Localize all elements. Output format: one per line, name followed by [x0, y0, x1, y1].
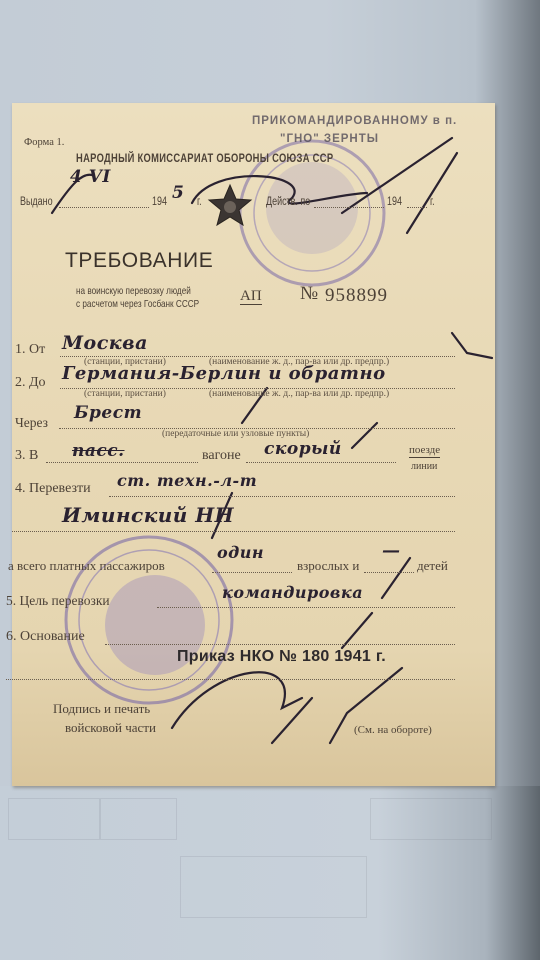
issuer-heading: НАРОДНЫЙ КОМИССАРИАТ ОБОРОНЫ СОЮЗА ССР: [76, 151, 333, 165]
valid-year-prefix: 194: [387, 196, 402, 208]
basis-label: 6. Основание: [6, 629, 85, 645]
adults-line: [212, 572, 292, 573]
reverse-note: (См. на обороте): [354, 724, 432, 736]
valid-until-line: [314, 207, 384, 208]
issued-year-prefix: 194: [152, 196, 167, 208]
issued-label: Выдано: [20, 196, 53, 208]
signature-label-line2: войсковой части: [65, 720, 156, 736]
train-label: поезде: [409, 444, 440, 458]
children-label: детей: [417, 558, 448, 574]
top-stamp-line1: ПРИКОМАНДИРОВАННОМУ в п.: [252, 115, 457, 127]
total-passengers-label: а всего платных пассажиров: [8, 558, 165, 574]
children-line: [364, 572, 414, 573]
car-class-label: 3. В: [15, 448, 38, 464]
adults-value: один: [217, 543, 264, 562]
subtitle-line2: с расчетом через Госбанк СССР: [76, 298, 199, 310]
basis-line-2: [6, 679, 455, 680]
car-line: [246, 462, 396, 463]
children-value: —: [382, 540, 401, 561]
subtitle-line1: на воинскую перевозку людей: [76, 285, 191, 297]
top-stamp-line2: "ГНО" ЗЕРНТЫ: [280, 133, 379, 145]
number-label: №: [300, 283, 318, 305]
purpose-line: [157, 607, 455, 608]
from-label: 1. От: [15, 342, 45, 358]
issued-year-value: 5: [172, 183, 184, 203]
document-title: ТРЕБОВАНИЕ: [65, 249, 213, 273]
basis-line-1: [105, 644, 455, 645]
valid-year-suffix: г.: [430, 196, 435, 208]
transport-value-line1: ст. техн.-л-т: [117, 471, 257, 490]
form-label: Форма 1.: [24, 137, 64, 148]
issued-date-value: 4 VI: [70, 167, 111, 187]
purpose-value: командировка: [222, 583, 363, 602]
car-value: скорый: [264, 439, 342, 459]
background-surface: [0, 786, 540, 960]
signature-label-line1: Подпись и печать: [53, 701, 150, 717]
issued-date-line: [59, 207, 149, 208]
valid-year-line: [407, 207, 427, 208]
purpose-label: 5. Цель перевозки: [6, 593, 110, 609]
via-value: Брест: [74, 403, 142, 423]
basis-stamp-value: Приказ НКО № 180 1941 г.: [177, 648, 386, 666]
transport-line-2: [12, 531, 455, 532]
line-label: линии: [411, 461, 437, 472]
to-hint-station: (станции, пристани): [84, 389, 166, 399]
valid-until-label: Действ. по: [266, 196, 310, 208]
issued-year-suffix: г.: [197, 196, 202, 208]
adults-label: взрослых и: [297, 558, 359, 574]
transport-line-1: [109, 496, 455, 497]
via-hint: (передаточные или узловые пункты): [162, 429, 309, 439]
red-star-emblem: [209, 185, 251, 225]
car-class-value: пасс.: [72, 441, 125, 461]
series-code: АП: [240, 288, 262, 305]
transport-label: 4. Перевезти: [15, 481, 91, 497]
car-class-line: [46, 462, 198, 463]
to-value: Германия-Берлин и обратно: [62, 363, 386, 384]
via-label: Через: [15, 415, 48, 431]
to-hint-railway: (наименование ж. д., пар-ва или др. пред…: [209, 389, 389, 399]
to-label: 2. До: [15, 375, 46, 391]
car-label: вагоне: [202, 448, 241, 464]
from-value: Москва: [62, 332, 148, 354]
document-number: 958899: [325, 285, 388, 307]
transport-value-line2: Иминский НН: [62, 503, 234, 527]
military-travel-requisition-form: Форма 1. НАРОДНЫЙ КОМИССАРИАТ ОБОРОНЫ СО…: [12, 103, 495, 786]
